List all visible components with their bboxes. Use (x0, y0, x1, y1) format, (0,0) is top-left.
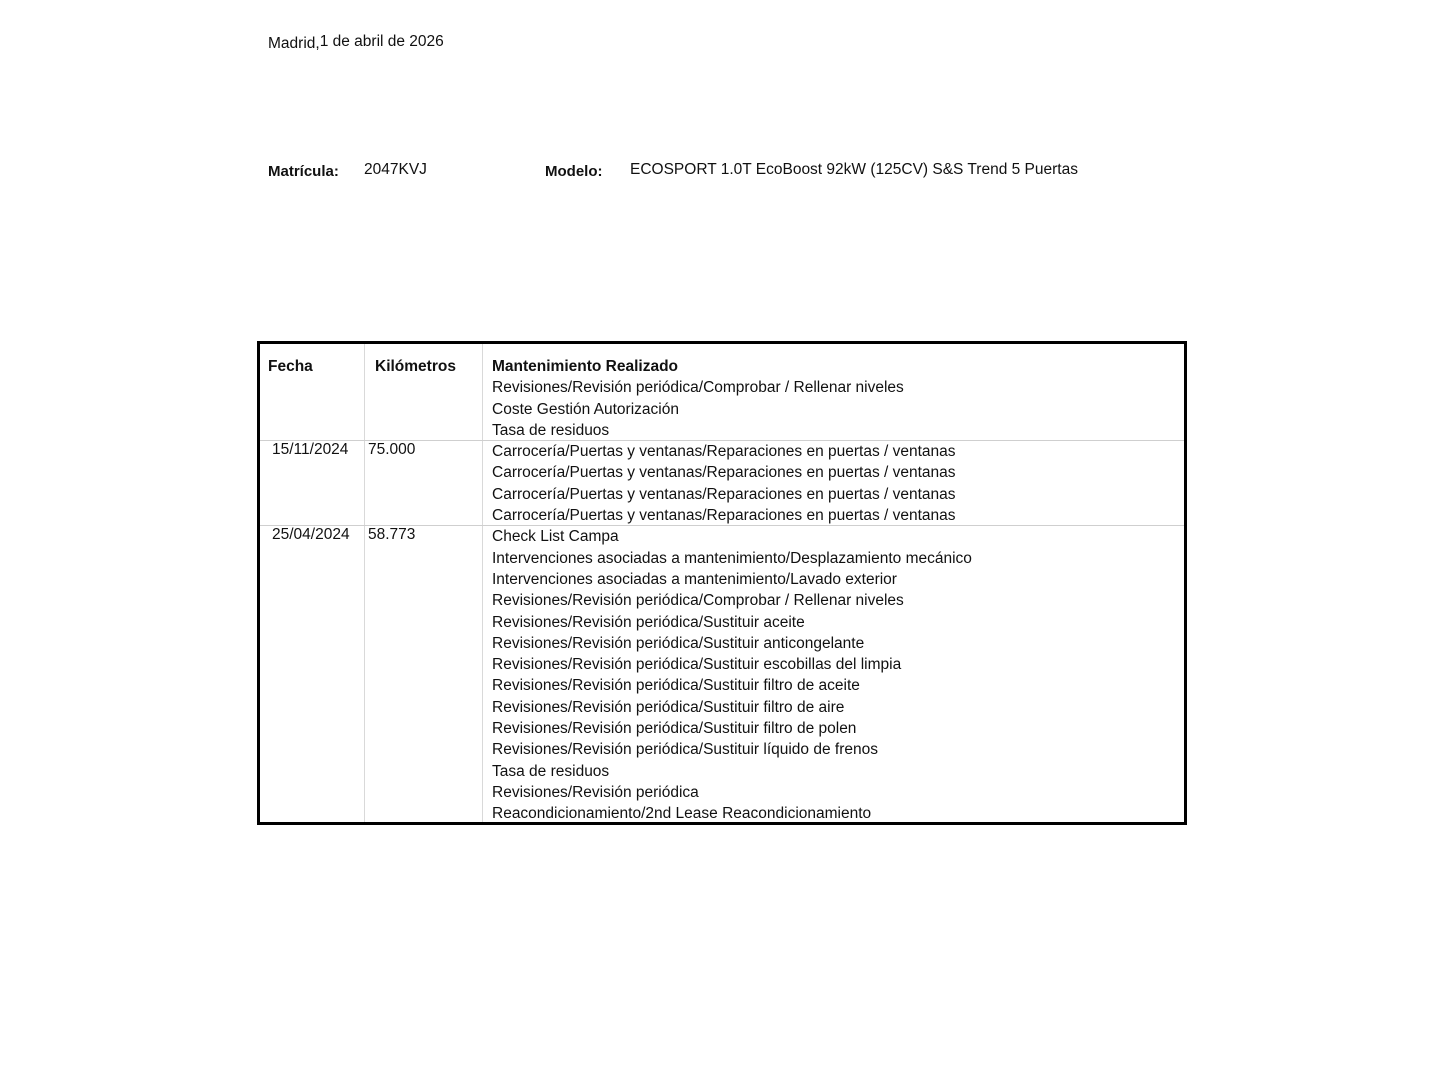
place-city: Madrid, (268, 35, 320, 52)
cell-mantenimiento: Revisiones/Revisión periódica/Comprobar … (492, 377, 904, 441)
maintenance-item: Revisiones/Revisión periódica/Sustituir … (492, 697, 972, 718)
maintenance-item: Carrocería/Puertas y ventanas/Reparacion… (492, 505, 956, 526)
matricula-value: 2047KVJ (364, 161, 427, 179)
column-header-kilometros: Kilómetros (375, 356, 456, 377)
maintenance-item: Revisiones/Revisión periódica/Sustituir … (492, 633, 972, 654)
maintenance-item: Carrocería/Puertas y ventanas/Reparacion… (492, 462, 956, 483)
cell-mantenimiento: Carrocería/Puertas y ventanas/Reparacion… (492, 441, 956, 526)
cell-kilometros: 75.000 (368, 439, 415, 460)
maintenance-item: Revisiones/Revisión periódica/Comprobar … (492, 590, 972, 611)
column-divider (482, 344, 483, 822)
column-divider (364, 344, 365, 822)
maintenance-item: Check List Campa (492, 526, 972, 547)
maintenance-item: Tasa de residuos (492, 420, 904, 441)
maintenance-item: Reacondicionamiento/2nd Lease Reacondici… (492, 803, 972, 824)
place-date-line: Madrid,1 de abril de 2026 (268, 33, 444, 51)
maintenance-item: Carrocería/Puertas y ventanas/Reparacion… (492, 441, 956, 462)
maintenance-item: Revisiones/Revisión periódica/Comprobar … (492, 377, 904, 398)
column-header-fecha: Fecha (268, 356, 313, 377)
column-header-mantenimiento: Mantenimiento Realizado (492, 356, 678, 377)
maintenance-item: Revisiones/Revisión periódica (492, 782, 972, 803)
cell-mantenimiento: Check List CampaIntervenciones asociadas… (492, 526, 972, 824)
maintenance-item: Revisiones/Revisión periódica/Sustituir … (492, 718, 972, 739)
maintenance-item: Carrocería/Puertas y ventanas/Reparacion… (492, 484, 956, 505)
cell-fecha: 25/04/2024 (272, 524, 350, 545)
modelo-value: ECOSPORT 1.0T EcoBoost 92kW (125CV) S&S … (630, 161, 1078, 179)
maintenance-item: Revisiones/Revisión periódica/Sustituir … (492, 612, 972, 633)
maintenance-item: Intervenciones asociadas a mantenimiento… (492, 548, 972, 569)
maintenance-item: Revisiones/Revisión periódica/Sustituir … (492, 675, 972, 696)
maintenance-item: Revisiones/Revisión periódica/Sustituir … (492, 654, 972, 675)
maintenance-item: Revisiones/Revisión periódica/Sustituir … (492, 739, 972, 760)
matricula-label: Matrícula: (268, 163, 339, 180)
document-date: 1 de abril de 2026 (320, 33, 444, 50)
maintenance-item: Tasa de residuos (492, 761, 972, 782)
maintenance-item: Intervenciones asociadas a mantenimiento… (492, 569, 972, 590)
cell-fecha: 15/11/2024 (272, 439, 348, 460)
cell-kilometros: 58.773 (368, 524, 415, 545)
modelo-label: Modelo: (545, 163, 603, 180)
maintenance-table: Fecha Kilómetros Mantenimiento Realizado… (257, 341, 1187, 825)
maintenance-item: Coste Gestión Autorización (492, 399, 904, 420)
